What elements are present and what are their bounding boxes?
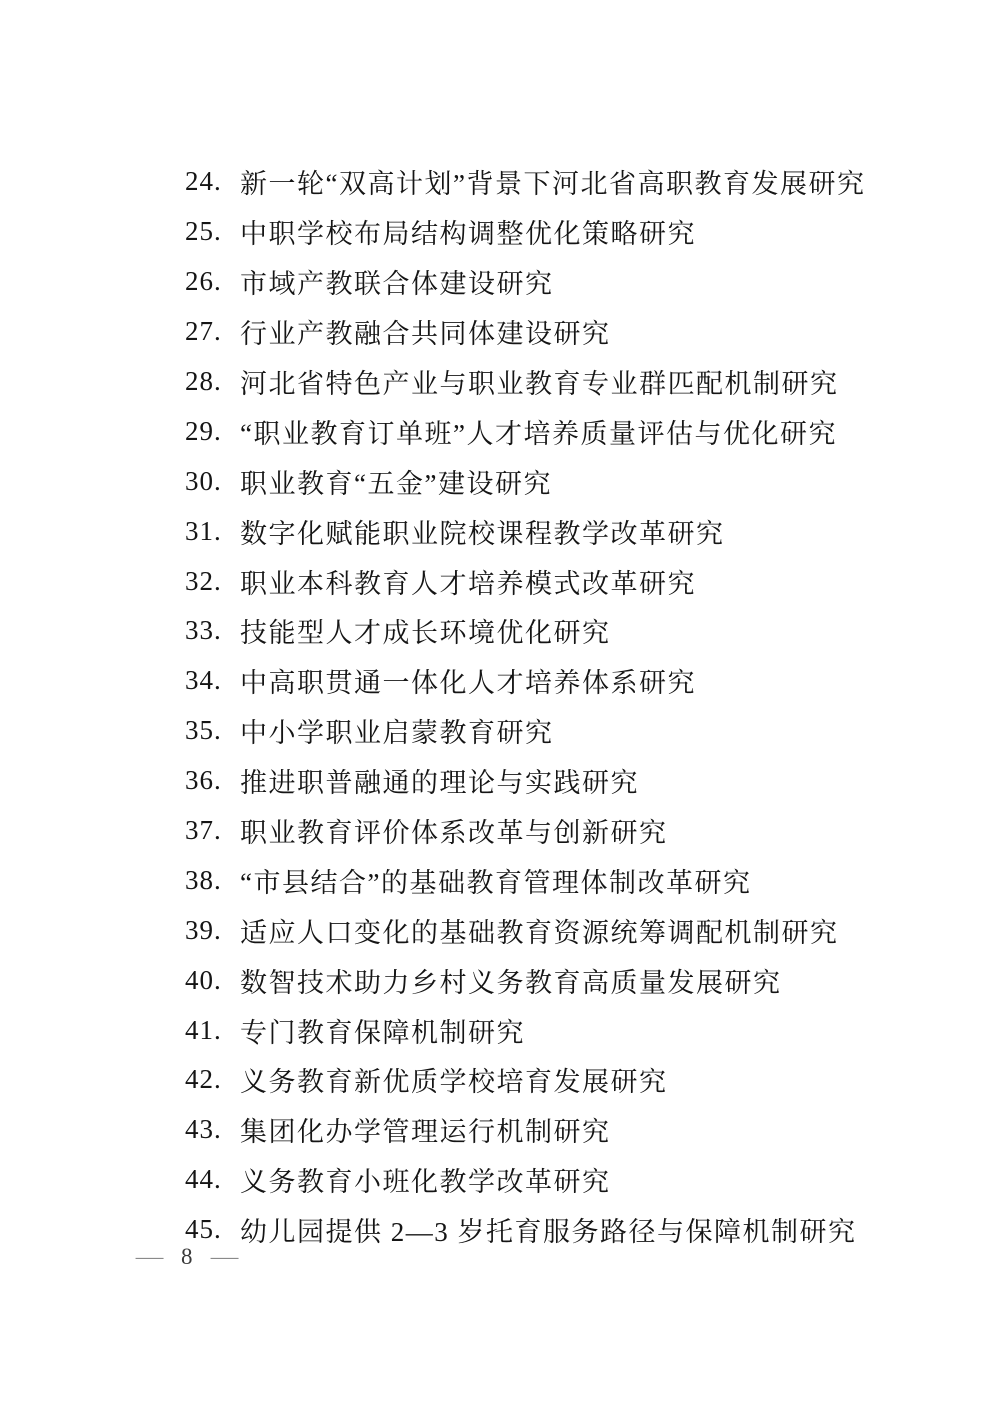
item-number: 30. bbox=[185, 466, 227, 497]
item-number: 31. bbox=[185, 516, 227, 547]
item-title: 中职学校布局结构调整优化策略研究 bbox=[240, 212, 696, 251]
item-title: 市域产教联合体建设研究 bbox=[240, 262, 554, 301]
list-item: 45.幼儿园提供 2—3 岁托育服务路径与保障机制研究 bbox=[185, 1205, 865, 1255]
item-number: 43. bbox=[185, 1114, 227, 1145]
list-item: 35.中小学职业启蒙教育研究 bbox=[185, 706, 865, 756]
item-title: 新一轮“双高计划”背景下河北省高职教育发展研究 bbox=[240, 162, 865, 201]
list-item: 39.适应人口变化的基础教育资源统筹调配机制研究 bbox=[185, 905, 865, 955]
item-title: 数智技术助力乡村义务教育高质量发展研究 bbox=[240, 961, 782, 1000]
item-number: 41. bbox=[185, 1015, 227, 1046]
item-number: 39. bbox=[185, 915, 227, 946]
item-number: 42. bbox=[185, 1064, 227, 1095]
item-number: 33. bbox=[185, 615, 227, 646]
list-item: 36.推进职普融通的理论与实践研究 bbox=[185, 756, 865, 806]
list-item: 25.中职学校布局结构调整优化策略研究 bbox=[185, 207, 865, 257]
footer-right-dash: — bbox=[210, 1244, 238, 1270]
item-title: 幼儿园提供 2—3 岁托育服务路径与保障机制研究 bbox=[240, 1210, 857, 1249]
list-item: 44.义务教育小班化教学改革研究 bbox=[185, 1155, 865, 1205]
item-title: 义务教育新优质学校培育发展研究 bbox=[240, 1060, 668, 1099]
item-title: 中高职贯通一体化人才培养体系研究 bbox=[240, 661, 696, 700]
item-title: 河北省特色产业与职业教育专业群匹配机制研究 bbox=[240, 362, 839, 401]
list-item: 26.市域产教联合体建设研究 bbox=[185, 257, 865, 307]
page-footer: — 8 — bbox=[138, 1244, 236, 1270]
list-item: 28.河北省特色产业与职业教育专业群匹配机制研究 bbox=[185, 357, 865, 407]
footer-left-dash: — bbox=[136, 1244, 164, 1270]
list-item: 24.新一轮“双高计划”背景下河北省高职教育发展研究 bbox=[185, 157, 865, 207]
list-item: 40.数智技术助力乡村义务教育高质量发展研究 bbox=[185, 955, 865, 1005]
list-item: 29.“职业教育订单班”人才培养质量评估与优化研究 bbox=[185, 406, 865, 456]
item-title: 职业教育评价体系改革与创新研究 bbox=[240, 811, 668, 850]
item-title: 义务教育小班化教学改革研究 bbox=[240, 1160, 611, 1199]
item-title: 职业本科教育人才培养模式改革研究 bbox=[240, 562, 696, 601]
item-number: 35. bbox=[185, 715, 227, 746]
item-number: 44. bbox=[185, 1164, 227, 1195]
item-title: 职业教育“五金”建设研究 bbox=[240, 462, 552, 501]
item-title: 行业产教融合共同体建设研究 bbox=[240, 312, 611, 351]
page-number: 8 bbox=[181, 1244, 193, 1270]
item-number: 38. bbox=[185, 865, 227, 896]
list-item: 33.技能型人才成长环境优化研究 bbox=[185, 606, 865, 656]
item-title: 推进职普融通的理论与实践研究 bbox=[240, 761, 639, 800]
item-number: 32. bbox=[185, 566, 227, 597]
item-title: 专门教育保障机制研究 bbox=[240, 1011, 525, 1050]
item-number: 29. bbox=[185, 416, 227, 447]
topic-list: 24.新一轮“双高计划”背景下河北省高职教育发展研究25.中职学校布局结构调整优… bbox=[185, 157, 865, 1255]
list-item: 37.职业教育评价体系改革与创新研究 bbox=[185, 806, 865, 856]
item-title: 中小学职业启蒙教育研究 bbox=[240, 711, 554, 750]
item-number: 40. bbox=[185, 965, 227, 996]
item-number: 28. bbox=[185, 366, 227, 397]
list-item: 32.职业本科教育人才培养模式改革研究 bbox=[185, 556, 865, 606]
item-number: 45. bbox=[185, 1214, 227, 1245]
list-item: 31.数字化赋能职业院校课程教学改革研究 bbox=[185, 506, 865, 556]
list-item: 34.中高职贯通一体化人才培养体系研究 bbox=[185, 656, 865, 706]
item-title: 适应人口变化的基础教育资源统筹调配机制研究 bbox=[240, 911, 839, 950]
item-title: “职业教育订单班”人才培养质量评估与优化研究 bbox=[240, 412, 837, 451]
item-number: 34. bbox=[185, 665, 227, 696]
item-title: “市县结合”的基础教育管理体制改革研究 bbox=[240, 861, 751, 900]
item-title: 数字化赋能职业院校课程教学改革研究 bbox=[240, 512, 725, 551]
item-title: 技能型人才成长环境优化研究 bbox=[240, 611, 611, 650]
list-item: 27.行业产教融合共同体建设研究 bbox=[185, 307, 865, 357]
item-number: 27. bbox=[185, 316, 227, 347]
item-number: 37. bbox=[185, 815, 227, 846]
list-item: 38.“市县结合”的基础教育管理体制改革研究 bbox=[185, 855, 865, 905]
item-title: 集团化办学管理运行机制研究 bbox=[240, 1110, 611, 1149]
list-item: 41.专门教育保障机制研究 bbox=[185, 1005, 865, 1055]
item-number: 25. bbox=[185, 216, 227, 247]
list-item: 42.义务教育新优质学校培育发展研究 bbox=[185, 1055, 865, 1105]
item-number: 24. bbox=[185, 166, 227, 197]
document-page: 24.新一轮“双高计划”背景下河北省高职教育发展研究25.中职学校布局结构调整优… bbox=[0, 0, 1000, 1414]
item-number: 26. bbox=[185, 266, 227, 297]
list-item: 43.集团化办学管理运行机制研究 bbox=[185, 1105, 865, 1155]
item-number: 36. bbox=[185, 765, 227, 796]
list-item: 30.职业教育“五金”建设研究 bbox=[185, 456, 865, 506]
